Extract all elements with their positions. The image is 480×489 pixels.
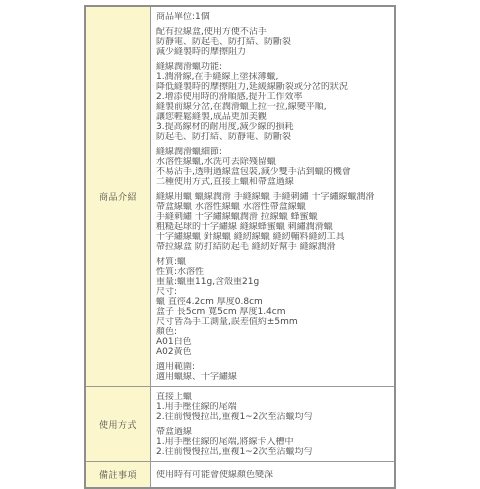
paragraph: 縫線用蠟 蠟線潤滑 手縫線蠟 手縫刺繡 十字繡線蠟潤滑帶盒線蠟 水溶性線蠟 水溶… xyxy=(156,192,390,252)
text-line: 防起毛、防打結、防靜電、防斷裂 xyxy=(156,132,390,142)
text-line: 使用時有可能會使線顏色變深 xyxy=(156,470,273,480)
paragraph: 商品單位:1個 xyxy=(156,12,390,22)
text-line: 粗糙起球的十字繡線 縫線蜂蜜蠟 刺繡潤滑蠟 xyxy=(156,222,390,232)
paragraph: 直接上蠟1.用手壓住線的尾端2.往前慢慢拉出,重複1~2次至沾蠟均勻 xyxy=(156,392,390,422)
text-line: 適用蠟線、十字繡線 xyxy=(156,372,390,382)
row-content: 商品單位:1個配有拉線盒,使用方便不沾手防靜電、防起毛、防打結、防斷裂減少縫製時… xyxy=(151,7,394,386)
row-content: 直接上蠟1.用手壓住線的尾端2.往前慢慢拉出,重複1~2次至沾蠟均勻帶盒過線1.… xyxy=(151,387,394,461)
text-line: 手縫刺繡 十字繡線蠟潤滑 拉線蠟 蜂蜜蠟 xyxy=(156,212,390,222)
text-line: 二種使用方式,直接上蠟和帶盒過線 xyxy=(156,177,390,187)
paragraph: 縫線潤滑蠟功能:1.潤滑線,在手縫線上塗抹薄蠟,降低縫製時的摩擦阻力,延緩線斷裂… xyxy=(156,62,390,142)
text-line: 減少縫製時的摩擦阻力 xyxy=(156,47,390,57)
text-line: 帶拉線盒 防打結防起毛 縫紉好幫手 縫線潤滑 xyxy=(156,242,390,252)
text-line: A01白色 xyxy=(156,337,390,347)
text-line: 尺寸: xyxy=(156,287,390,297)
text-line: 縫線潤滑蠟細節: xyxy=(156,147,390,157)
text-line: 性質:水溶性 xyxy=(156,267,390,277)
product-spec-table: 商品介紹商品單位:1個配有拉線盒,使用方便不沾手防靜電、防起毛、防打結、防斷裂減… xyxy=(84,5,396,480)
text-line: 縫製前線分岔,在潤滑蠟上拉一拉,線變平順, xyxy=(156,102,390,112)
paragraph: 材質:蠟性質:水溶性重量:蠟重11g,含殼重21g尺寸:蠟 直徑4.2cm 厚度… xyxy=(156,257,390,357)
text-line: 配有拉線盒,使用方便不沾手 xyxy=(156,27,390,37)
row-content: 使用時有可能會使線顏色變深 xyxy=(151,462,394,480)
text-line: 1.用手壓住線的尾端 xyxy=(156,402,390,412)
text-line: 重量:蠟重11g,含殼重21g xyxy=(156,277,390,287)
text-line: 降低縫製時的摩擦阻力,延緩線斷裂或分岔的狀況 xyxy=(156,82,390,92)
text-line: 防靜電、防起毛、防打結、防斷裂 xyxy=(156,37,390,47)
text-line: 十字繡線蠟 針線蠟 縫紉線蠟 縫紉輔料縫紉工具 xyxy=(156,232,390,242)
text-line: 顏色: xyxy=(156,327,390,337)
text-line: 盒子 長5cm 寬5cm 厚度1.4cm xyxy=(156,307,390,317)
text-line: 帶盒過線 xyxy=(156,427,390,437)
text-line: 商品單位:1個 xyxy=(156,12,390,22)
text-line: 蠟 直徑4.2cm 厚度0.8cm xyxy=(156,297,390,307)
row-header: 商品介紹 xyxy=(86,7,151,386)
text-line: 適用範圍: xyxy=(156,362,390,372)
row-header: 備註事項 xyxy=(86,462,151,480)
text-line: 尺寸皆為手工測量,誤差值約±5mm xyxy=(156,317,390,327)
table-row: 備註事項使用時有可能會使線顏色變深 xyxy=(86,462,394,480)
row-header: 使用方式 xyxy=(86,387,151,461)
text-line: 1.用手壓住線的尾端,將線卡入槽中 xyxy=(156,437,390,447)
text-line: 2.往前慢慢拉出,重複1~2次至沾蠟均勻 xyxy=(156,447,390,457)
paragraph: 縫線潤滑蠟細節:水溶性線蠟,水洗可去除殘留蠟不易沾手,透明過線盒包裝,減少雙手沾… xyxy=(156,147,390,187)
text-line: 直接上蠟 xyxy=(156,392,390,402)
paragraph: 配有拉線盒,使用方便不沾手防靜電、防起毛、防打結、防斷裂減少縫製時的摩擦阻力 xyxy=(156,27,390,57)
text-line: 帶盒線蠟 水溶性線蠟 水溶性帶盒線蠟 xyxy=(156,202,390,212)
text-line: 不易沾手,透明過線盒包裝,減少雙手沾到蠟的機會 xyxy=(156,167,390,177)
table-row: 使用方式直接上蠟1.用手壓住線的尾端2.往前慢慢拉出,重複1~2次至沾蠟均勻帶盒… xyxy=(86,387,394,462)
text-line: 材質:蠟 xyxy=(156,257,390,267)
text-line: A02黃色 xyxy=(156,347,390,357)
text-line: 讓您輕鬆縫製,成品更加美觀 xyxy=(156,112,390,122)
text-line: 2.增添使用時的滑順感,提升工作效率 xyxy=(156,92,390,102)
text-line: 縫線潤滑蠟功能: xyxy=(156,62,390,72)
table-row: 商品介紹商品單位:1個配有拉線盒,使用方便不沾手防靜電、防起毛、防打結、防斷裂減… xyxy=(86,7,394,387)
text-line: 縫線用蠟 蠟線潤滑 手縫線蠟 手縫刺繡 十字繡線蠟潤滑 xyxy=(156,192,390,202)
paragraph: 使用時有可能會使線顏色變深 xyxy=(156,470,273,480)
text-line: 水溶性線蠟,水洗可去除殘留蠟 xyxy=(156,157,390,167)
text-line: 3.提高線材的耐用度,減少線的損耗 xyxy=(156,122,390,132)
paragraph: 適用範圍:適用蠟線、十字繡線 xyxy=(156,362,390,382)
text-line: 1.潤滑線,在手縫線上塗抹薄蠟, xyxy=(156,72,390,82)
text-line: 2.往前慢慢拉出,重複1~2次至沾蠟均勻 xyxy=(156,412,390,422)
paragraph: 帶盒過線1.用手壓住線的尾端,將線卡入槽中2.往前慢慢拉出,重複1~2次至沾蠟均… xyxy=(156,427,390,457)
